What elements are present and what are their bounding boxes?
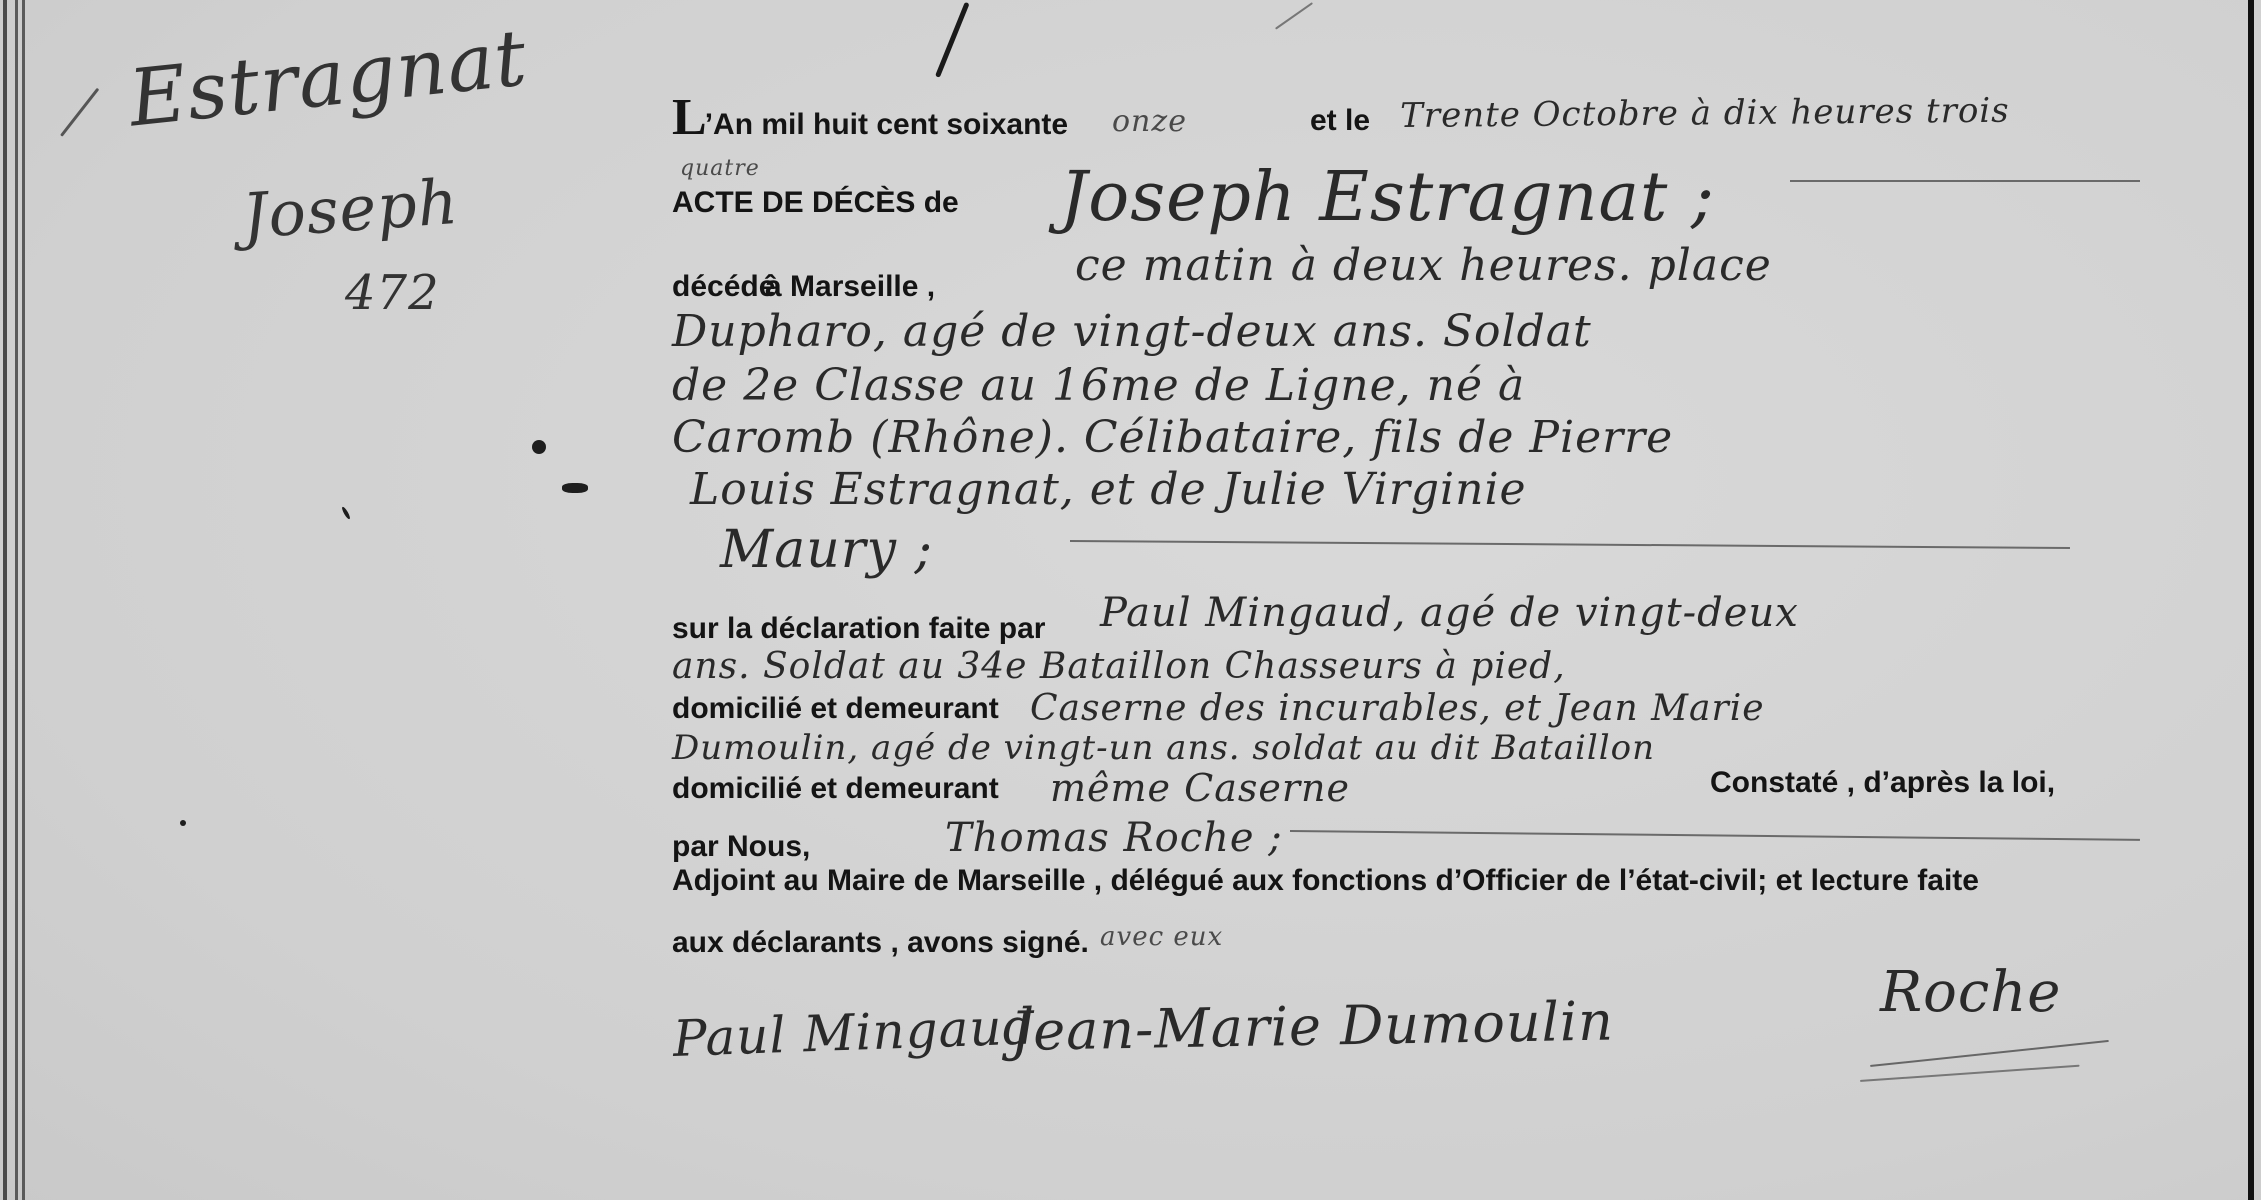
declarant-1-line: ans. Soldat au 34e Bataillon Chasseurs à… [672,646,1566,687]
margin-tick-mark [60,88,99,137]
signature-flourish [1870,1040,2109,1067]
aux-declarants-label: aux déclarants , avons signé. [672,926,1089,960]
signature-paul-mingaud: Paul Mingaud [672,997,1037,1068]
right-border-rule [2248,0,2254,1200]
deceased-name: Joseph Estragnat ; [1060,158,1715,237]
signature-roche: Roche [1880,960,2061,1025]
date-time-text: Trente Octobre à dix heures trois [1400,91,2010,136]
signed-note: avec eux [1100,922,1223,952]
officer-fill-line [1290,830,2140,841]
death-detail-line: ce matin à deux heures. place [1075,240,1772,291]
acte-title: ACTE DE DÉCÈS de [672,186,959,220]
domicile-2-label: domicilié et demeurant [672,772,999,806]
signature-flourish [1860,1065,2080,1082]
death-detail-line: Maury ; [720,520,933,580]
margin-surname: Estragnat [125,13,531,144]
death-detail-line: Caromb (Rhône). Célibataire, fils de Pie… [672,412,1673,463]
date-time-cont: quatre [680,156,760,181]
ink-stroke [1275,2,1313,29]
decede-label: décédé [672,270,775,304]
death-detail-line: Dupharo, agé de vingt-deux ans. Soldat [672,306,1592,357]
domicile-1-label: domicilié et demeurant [672,692,999,726]
left-binding-rule [15,0,18,1200]
declarant-2-line: Dumoulin, agé de vingt-un ans. soldat au… [672,728,1655,768]
margin-entry-number: 472 [345,265,440,321]
detail-fill-line [1070,540,2070,549]
left-binding-rule [22,0,25,1200]
domicile-2-text: même Caserne [1050,766,1350,810]
register-page: Estragnat Joseph 472 L’An mil huit cent … [0,0,2261,1200]
ink-speck [532,440,546,454]
a-marseille-label: à Marseille , [765,270,935,304]
signature-jean-marie-dumoulin: Jean-Marie Dumoulin [1010,989,1614,1063]
et-le-label: et le [1310,104,1370,138]
bleed-through-text [230,780,237,811]
ink-stroke [935,2,970,78]
drop-initial: L [672,89,705,146]
domicile-1-text: Caserne des incurables, et Jean Marie [1030,688,1765,729]
death-detail-line: de 2e Classe au 16me de Ligne, né à [672,360,1525,411]
ink-speck [180,820,186,826]
ink-speck [341,506,351,520]
name-fill-line [1790,180,2140,182]
year-word: onze [1112,104,1187,139]
adjoint-label: Adjoint au Maire de Marseille , délégué … [672,864,1979,898]
ink-speck [562,483,588,493]
declarant-1-line: Paul Mingaud, agé de vingt-deux [1100,590,1799,636]
left-binding-rule [3,0,7,1200]
par-nous-label: par Nous, [672,830,810,864]
officer-name: Thomas Roche ; [945,815,1283,861]
margin-given-name: Joseph [240,165,461,253]
death-detail-line: Louis Estragnat, et de Julie Virginie [690,464,1527,515]
printed-line-year: L’An mil huit cent soixante [672,88,1068,147]
declaration-label: sur la déclaration faite par [672,612,1045,646]
year-label: ’An mil huit cent soixante [705,108,1068,141]
constate-label: Constaté , d’après la loi, [1710,766,2055,800]
